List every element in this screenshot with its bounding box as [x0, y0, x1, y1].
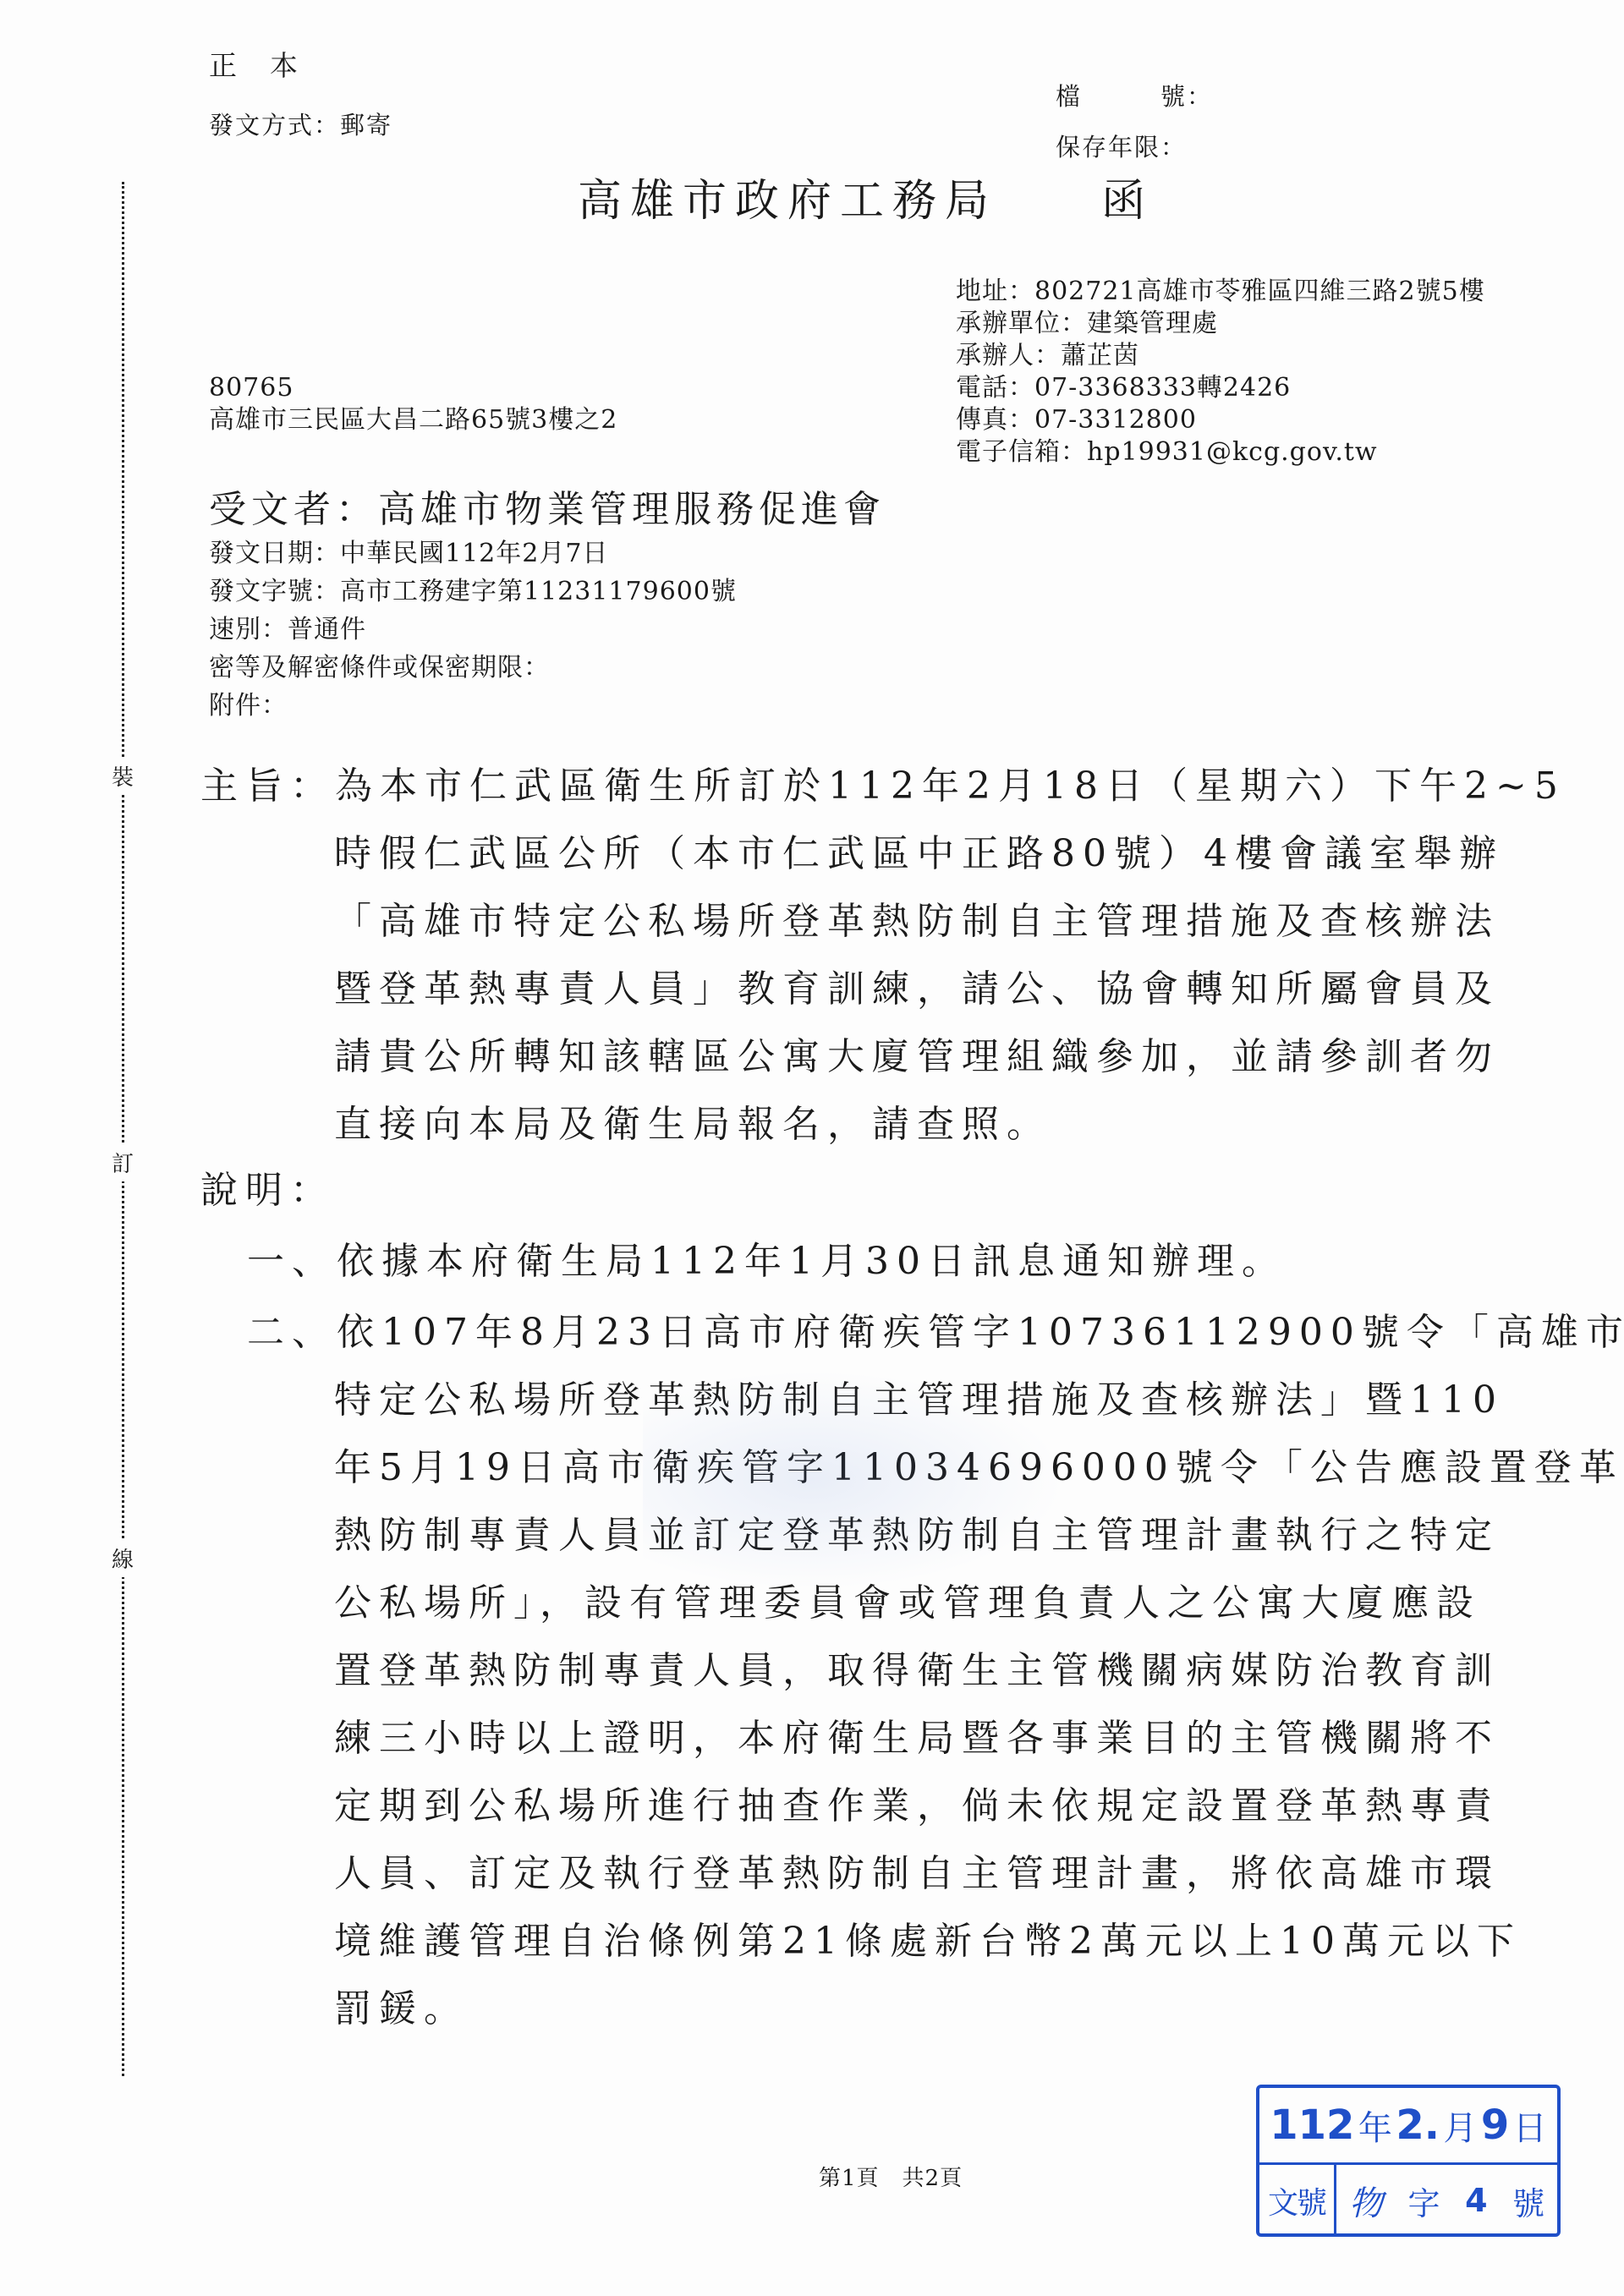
send-method: 發文方式：郵寄 — [209, 107, 392, 141]
copy-type-label: 正 本 — [209, 44, 300, 84]
subject-line: 暨登革熱專責人員」教育訓練，請公、協會轉知所屬會員及 — [200, 956, 1566, 1023]
fax: 傳真：07-3312800 — [956, 404, 1485, 436]
item-line: 境維護管理自治條例第21條處新台幣2萬元以上10萬元以下 — [200, 1908, 1624, 1975]
item-number: 一、 — [247, 1240, 337, 1283]
email: 電子信箱：hp19931@kcg.gov.tw — [956, 436, 1485, 469]
retention-period-label: 保存年限： — [1056, 129, 1187, 163]
stamp-doc-no: 物 字 4 號 — [1336, 2177, 1557, 2225]
stamp-date: 112 年 2. 月 9 日 — [1259, 2088, 1557, 2165]
stamp-doc-number: 4 — [1465, 2182, 1487, 2219]
speed-class: 速別：普通件 — [209, 611, 737, 649]
subject-label: 主旨： — [200, 764, 335, 808]
subject-section: 主旨：為本市仁武區衛生所訂於112年2月18日（星期六）下午2~5 時假仁武區公… — [200, 753, 1566, 1159]
stamp-doc-no-label: 文號 — [1259, 2165, 1336, 2236]
item-line: 罰鍰。 — [200, 1975, 1624, 2043]
title-doc-type: 函 — [1101, 176, 1154, 227]
explanation-item-2: 二、依107年8月23日高市府衛疾管字10736112900號令「高雄市 特定公… — [200, 1299, 1624, 2043]
item-line: 人員、訂定及執行登革熱防制自主管理計畫，將依高雄市環 — [200, 1840, 1624, 1908]
item-line: 特定公私場所登革熱防制自主管理措施及查核辦法」暨110 — [200, 1367, 1624, 1434]
stamp-day: 9 — [1481, 2101, 1509, 2149]
page-number: 第1頁 共2頁 — [819, 2161, 963, 2192]
item-line: 年5月19日高市衛疾管字11034696000號令「公告應設置登革 — [200, 1434, 1624, 1502]
file-number-label: 檔 號： — [1056, 78, 1213, 112]
stamp-doc-prefix: 物 — [1349, 2177, 1383, 2225]
subject-line: 直接向本局及衛生局報名，請查照。 — [200, 1091, 1566, 1159]
item-line: 練三小時以上證明，本府衛生局暨各事業目的主管機關將不 — [200, 1705, 1624, 1773]
recipient-postal-code: 80765 — [209, 372, 294, 404]
binding-char-zhuang: 裝 — [112, 757, 134, 795]
item-line: 定期到公私場所進行抽查作業，倘未依規定設置登革熱專責 — [200, 1773, 1624, 1840]
binding-char-ding: 訂 — [112, 1143, 134, 1181]
stamp-doc-char: 字 — [1407, 2178, 1440, 2224]
document-title: 高雄市政府工務局 函 — [578, 165, 1154, 228]
item-line: 公私場所」，設有管理委員會或管理負責人之公寓大廈應設 — [200, 1570, 1624, 1637]
binding-char-xian: 線 — [112, 1539, 134, 1577]
stamp-month: 2. — [1396, 2101, 1440, 2149]
issue-date: 發文日期：中華民國112年2月7日 — [209, 534, 737, 573]
stamp-day-unit: 日 — [1513, 2101, 1547, 2150]
recipient-address: 高雄市三民區大昌二路65號3樓之2 — [209, 404, 617, 436]
stamp-month-unit: 月 — [1443, 2101, 1477, 2150]
subject-line: 時假仁武區公所（本市仁武區中正路80號）4樓會議室舉辦 — [200, 820, 1566, 888]
binding-dotted-line — [122, 182, 124, 2076]
explanation-section: 說明： 一、依據本府衛生局112年1月30日訊息通知辦理。 二、依107年8月2… — [200, 1157, 1624, 2043]
phone: 電話：07-3368333轉2426 — [956, 372, 1485, 404]
received-date-stamp: 112 年 2. 月 9 日 文號 物 字 4 號 — [1256, 2085, 1561, 2237]
subject-line: 請貴公所轉知該轄區公寓大廈管理組織參加，並請參訓者勿 — [200, 1023, 1566, 1091]
attachments: 附件： — [209, 687, 737, 725]
item-line: 熱防制專責人員並訂定登革熱防制自主管理計畫執行之特定 — [200, 1502, 1624, 1570]
item-line: 依107年8月23日高市府衛疾管字10736112900號令「高雄市 — [337, 1311, 1624, 1354]
confidentiality: 密等及解密條件或保密期限： — [209, 649, 737, 687]
subject-line: 為本市仁武區衛生所訂於112年2月18日（星期六）下午2~5 — [335, 764, 1566, 808]
handler-name: 承辦人：蕭芷茵 — [956, 340, 1485, 372]
item-number: 二、 — [247, 1311, 337, 1354]
document-number: 發文字號：高市工務建字第11231179600號 — [209, 573, 737, 611]
item-line: 依據本府衛生局112年1月30日訊息通知辦理。 — [337, 1240, 1287, 1283]
explanation-item-1: 一、依據本府衛生局112年1月30日訊息通知辦理。 — [200, 1228, 1624, 1299]
stamp-year: 112 — [1270, 2101, 1354, 2149]
sender-contact-block: 地址：802721高雄市苓雅區四維三路2號5樓 承辦單位：建築管理處 承辦人：蕭… — [956, 276, 1485, 469]
document-meta: 發文日期：中華民國112年2月7日 發文字號：高市工務建字第1123117960… — [209, 534, 737, 725]
stamp-year-unit: 年 — [1358, 2101, 1392, 2150]
handling-unit: 承辦單位：建築管理處 — [956, 308, 1485, 340]
explanation-label: 說明： — [200, 1157, 1624, 1228]
title-organization: 高雄市政府工務局 — [578, 176, 997, 227]
recipient: 受文者：高雄市物業管理服務促進會 — [209, 479, 886, 533]
subject-line: 「高雄市特定公私場所登革熱防制自主管理措施及查核辦法 — [200, 888, 1566, 956]
item-line: 置登革熱防制專責人員，取得衛生主管機關病媒防治教育訓 — [200, 1637, 1624, 1705]
sender-address: 地址：802721高雄市苓雅區四維三路2號5樓 — [956, 276, 1485, 308]
stamp-doc-suffix: 號 — [1512, 2178, 1544, 2224]
